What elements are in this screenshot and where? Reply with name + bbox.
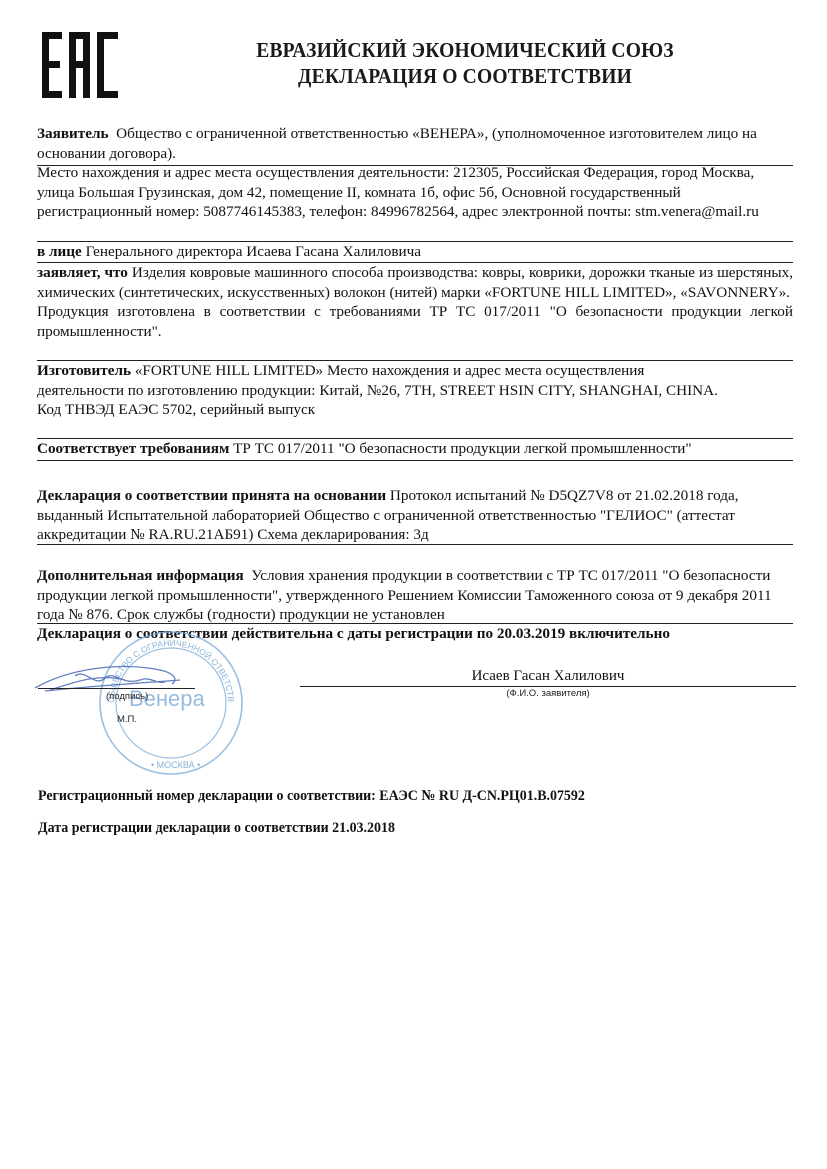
manufacturer-label: Изготовитель — [37, 362, 131, 379]
header-union-title: ЕВРАЗИЙСКИЙ ЭКОНОМИЧЕСКИЙ СОЮЗ — [214, 37, 716, 63]
declares-standard-text: Продукция изготовлена в соответствии с т… — [37, 302, 793, 341]
svg-text:• МОСКВА •: • МОСКВА • — [151, 760, 200, 770]
declares-label: заявляет, что — [37, 264, 128, 281]
signer-name-caption: (Ф.И.О. заявителя) — [300, 688, 796, 699]
address-text: Место нахождения и адрес места осуществл… — [37, 164, 759, 220]
document-header: ЕВРАЗИЙСКИЙ ЭКОНОМИЧЕСКИЙ СОЮЗ ДЕКЛАРАЦИ… — [214, 37, 716, 89]
conforms-text: ТР ТС 017/2011 "О безопасности продукции… — [233, 440, 692, 457]
signer-name-line — [300, 686, 796, 687]
header-declaration-title: ДЕКЛАРАЦИЯ О СООТВЕТСТВИИ — [214, 63, 716, 89]
declares-text: Изделия ковровые машинного способа произ… — [37, 264, 793, 301]
signature-line — [38, 688, 195, 689]
represented-by-text: Генерального директора Исаева Гасана Хал… — [86, 243, 421, 260]
seal-caption: М.П. — [117, 714, 137, 725]
manufacturer-text: «FORTUNE HILL LIMITED» Место нахождения … — [37, 362, 718, 399]
additional-info-section: Дополнительная информация Условия хранен… — [37, 566, 793, 624]
applicant-label: Заявитель — [37, 125, 109, 142]
applicant-section: Заявитель Общество с ограниченной ответс… — [37, 124, 793, 166]
signer-name: Исаев Гасан Халилович — [300, 668, 796, 685]
conforms-label: Соответствует требованиям — [37, 440, 229, 457]
represented-by-label: в лице — [37, 243, 82, 260]
registration-number: Регистрационный номер декларации о соотв… — [38, 788, 585, 805]
applicant-text: Общество с ограниченной ответственностью… — [37, 125, 757, 162]
registration-date: Дата регистрации декларации о соответств… — [38, 820, 395, 837]
additional-info-label: Дополнительная информация — [37, 567, 244, 584]
manufacturer-code: Код ТНВЭД ЕАЭС 5702, серийный выпуск — [37, 400, 793, 420]
declares-section: заявляет, что Изделия ковровые машинного… — [37, 263, 793, 361]
manufacturer-section: Изготовитель «FORTUNE HILL LIMITED» Мест… — [37, 361, 793, 439]
basis-section: Декларация о соответствии принята на осн… — [37, 486, 793, 545]
address-section: Место нахождения и адрес места осуществл… — [37, 163, 793, 242]
signature-caption: (подпись) — [106, 691, 148, 702]
company-seal-stamp: ОБЩЕСТВО С ОГРАНИЧЕННОЙ ОТВЕТСТВЕННОСТЬЮ… — [96, 628, 246, 778]
represented-by-section: в лице Генерального директора Исаева Гас… — [37, 242, 793, 263]
conforms-section: Соответствует требованиям ТР ТС 017/2011… — [37, 439, 793, 461]
basis-label: Декларация о соответствии принята на осн… — [37, 487, 386, 504]
eac-mark-icon — [42, 32, 118, 98]
